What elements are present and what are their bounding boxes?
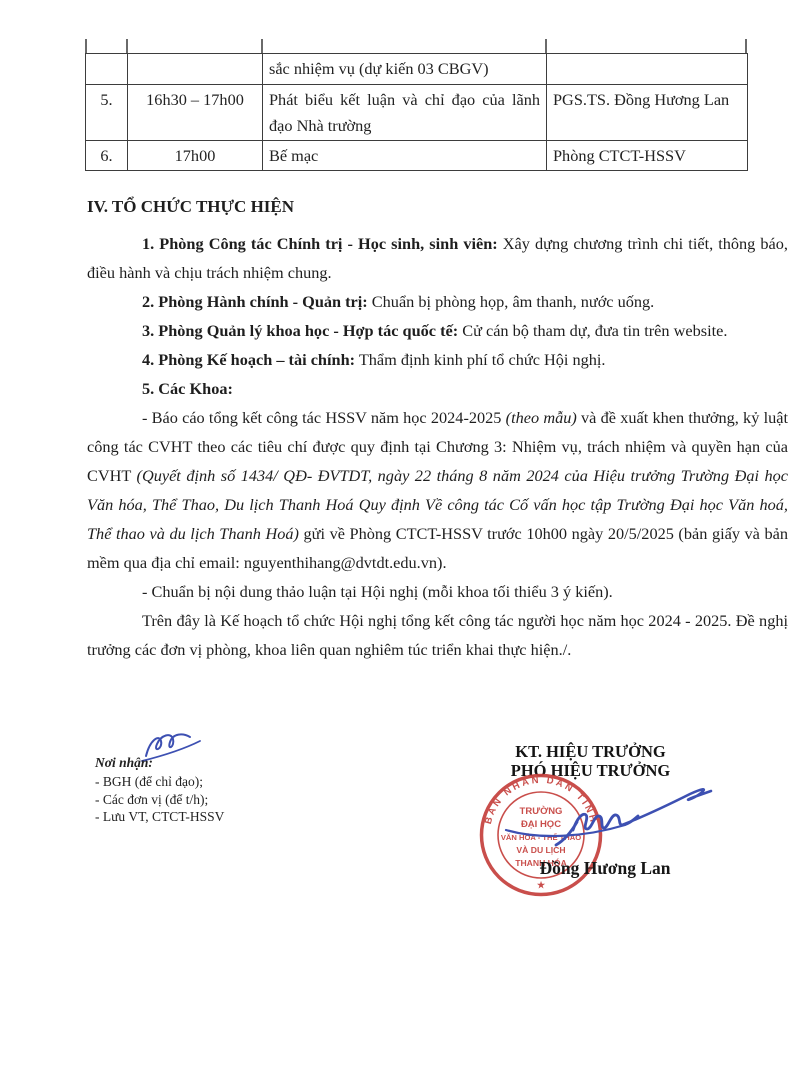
cell-time [128,54,263,85]
org-item: 3. Phòng Quản lý khoa học - Hợp tác quốc… [87,316,788,345]
table-row: 5. 16h30 – 17h00 Phát biểu kết luận và c… [86,85,748,141]
signature [470,778,715,858]
org-item: 2. Phòng Hành chính - Quản trị: Chuẩn bị… [87,287,788,316]
org-item-lead: 4. Phòng Kế hoạch – tài chính: [142,350,355,369]
signature-letters [556,814,638,845]
table-border-stub [745,39,747,53]
table-border-stub [126,39,128,53]
org-item: 4. Phòng Kế hoạch – tài chính: Thẩm định… [87,345,788,374]
cell-responsible: PGS.TS. Đồng Hương Lan [547,85,748,141]
document-body: IV. TỔ CHỨC THỰC HIỆN 1. Phòng Công tác … [87,192,788,664]
org-item-text: Cử cán bộ tham dự, đưa tin trên website. [458,321,727,340]
cell-responsible [547,54,748,85]
org-item-text: Chuẩn bị phòng họp, âm thanh, nước uống. [368,292,655,311]
recipient-item: - Các đơn vị (để t/h); [95,791,224,809]
signer-name: Đồng Hương Lan [460,858,750,879]
report-bullet: - Báo cáo tổng kết công tác HSSV năm học… [87,403,788,577]
stamp-star: ★ [537,880,546,890]
cell-no: 6. [86,141,128,171]
recipients-label: Nơi nhận: [95,755,153,771]
table-border-stub [85,39,87,53]
schedule-table: sắc nhiệm vụ (dự kiến 03 CBGV) 5. 16h30 … [85,53,748,171]
cell-time: 16h30 – 17h00 [128,85,263,141]
cell-time: 17h00 [128,141,263,171]
org-item-lead: 2. Phòng Hành chính - Quản trị: [142,292,368,311]
cell-content: Phát biểu kết luận và chỉ đạo của lãnh đ… [263,85,547,141]
org-item-text: Thẩm định kinh phí tổ chức Hội nghị. [355,350,605,369]
recipient-item: - BGH (để chỉ đạo); [95,773,224,791]
table-border-stub [545,39,547,53]
org-item-lead: 5. Các Khoa: [142,379,233,398]
recipient-item: - Lưu VT, CTCT-HSSV [95,808,224,826]
discussion-bullet: - Chuẩn bị nội dung thảo luận tại Hội ng… [87,577,788,606]
section-heading: IV. TỔ CHỨC THỰC HIỆN [87,192,788,221]
org-item-lead: 3. Phòng Quản lý khoa học - Hợp tác quốc… [142,321,458,340]
document-page: sắc nhiệm vụ (dự kiến 03 CBGV) 5. 16h30 … [0,0,800,1077]
org-item: 1. Phòng Công tác Chính trị - Học sinh, … [87,229,788,287]
org-item-lead: 1. Phòng Công tác Chính trị - Học sinh, … [142,234,498,253]
table-row: sắc nhiệm vụ (dự kiến 03 CBGV) [86,54,748,85]
signer-title-1: KT. HIỆU TRƯỞNG [448,742,733,761]
signature-flourish [622,789,711,825]
cell-responsible: Phòng CTCT-HSSV [547,141,748,171]
table-row: 6. 17h00 Bế mạc Phòng CTCT-HSSV [86,141,748,171]
cell-no [86,54,128,85]
org-item: 5. Các Khoa: [87,374,788,403]
bullet-italic: (theo mẫu) [506,408,577,427]
cell-no: 5. [86,85,128,141]
recipients-list: - BGH (để chỉ đạo); - Các đơn vị (để t/h… [95,773,224,826]
bullet-text: - Báo cáo tổng kết công tác HSSV năm học… [142,408,506,427]
cell-content: Bế mạc [263,141,547,171]
table-border-stub [261,39,263,53]
cell-content: sắc nhiệm vụ (dự kiến 03 CBGV) [263,54,547,85]
closing-paragraph: Trên đây là Kế hoạch tổ chức Hội nghị tổ… [87,606,788,664]
